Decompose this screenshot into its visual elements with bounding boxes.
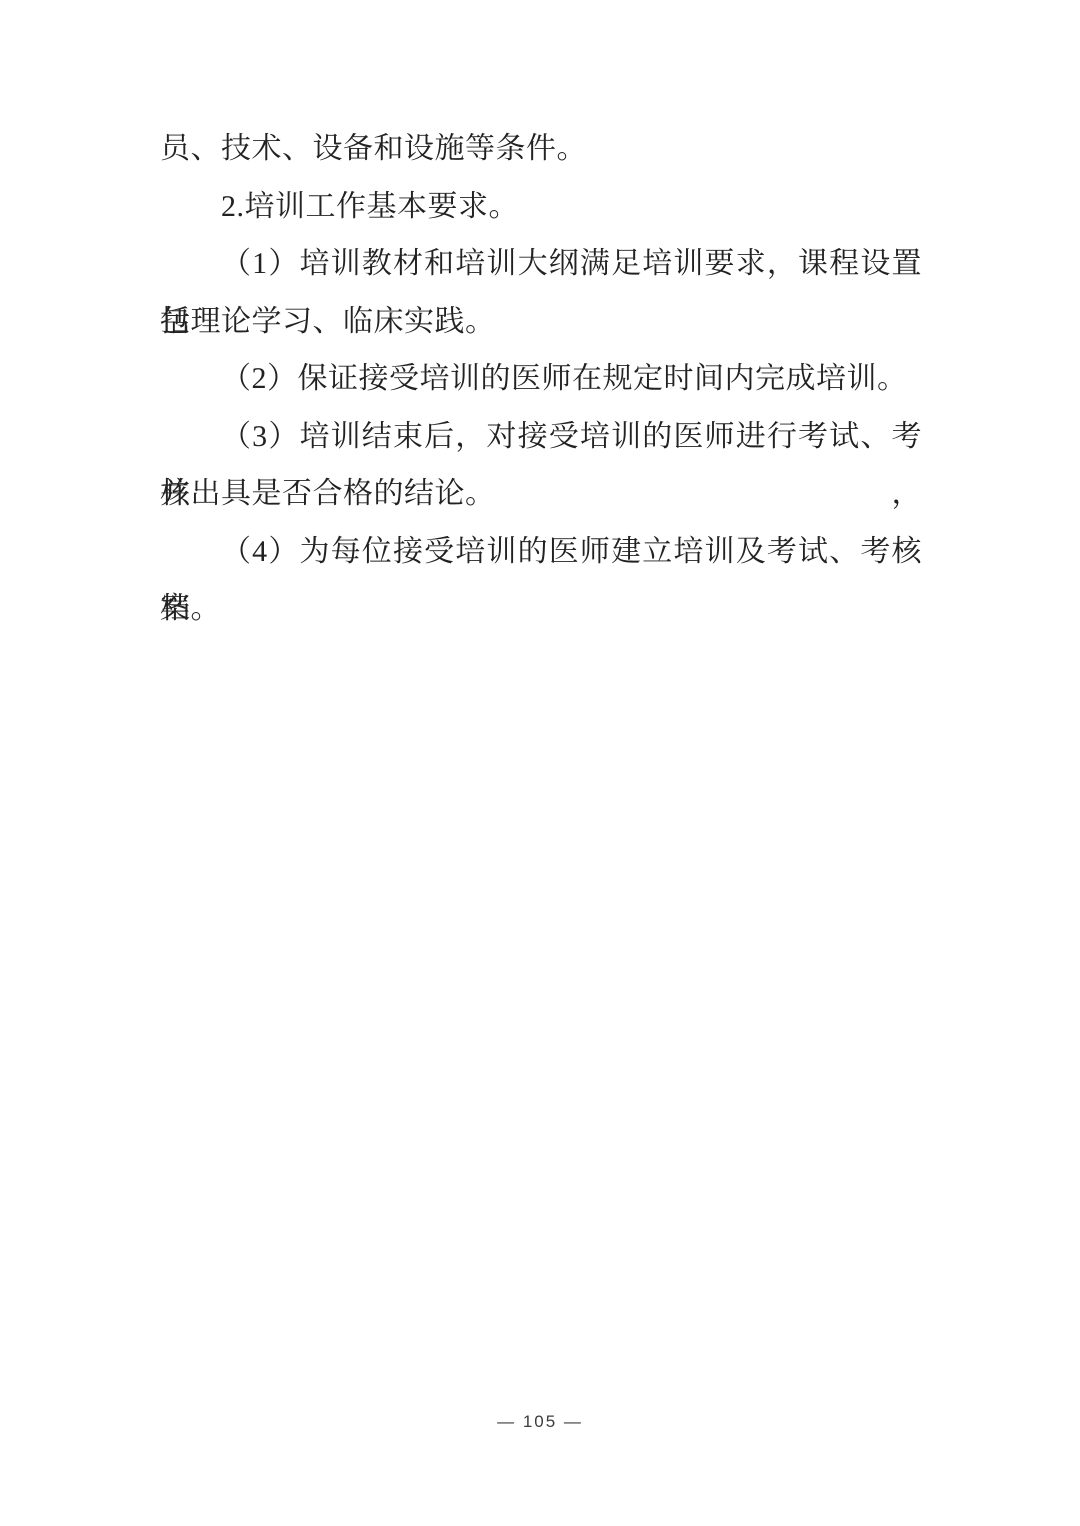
text-line: （3）培训结束后，对接受培训的医师进行考试、考核， xyxy=(160,408,922,466)
text-line: （4）为每位接受培训的医师建立培训及考试、考核档 xyxy=(160,523,922,581)
text-line: 括理论学习、临床实践。 xyxy=(160,293,922,351)
document-body: 员、技术、设备和设施等条件。 2.培训工作基本要求。 （1）培训教材和培训大纲满… xyxy=(160,120,922,638)
text-line: （2）保证接受培训的医师在规定时间内完成培训。 xyxy=(160,350,922,408)
page-number: — 105 — xyxy=(0,1412,1080,1432)
text-line: 案。 xyxy=(160,580,922,638)
text-line: 员、技术、设备和设施等条件。 xyxy=(160,120,922,178)
text-line: （1）培训教材和培训大纲满足培训要求，课程设置包 xyxy=(160,235,922,293)
document-page: 员、技术、设备和设施等条件。 2.培训工作基本要求。 （1）培训教材和培训大纲满… xyxy=(0,0,1080,1526)
text-line: 2.培训工作基本要求。 xyxy=(160,178,922,236)
